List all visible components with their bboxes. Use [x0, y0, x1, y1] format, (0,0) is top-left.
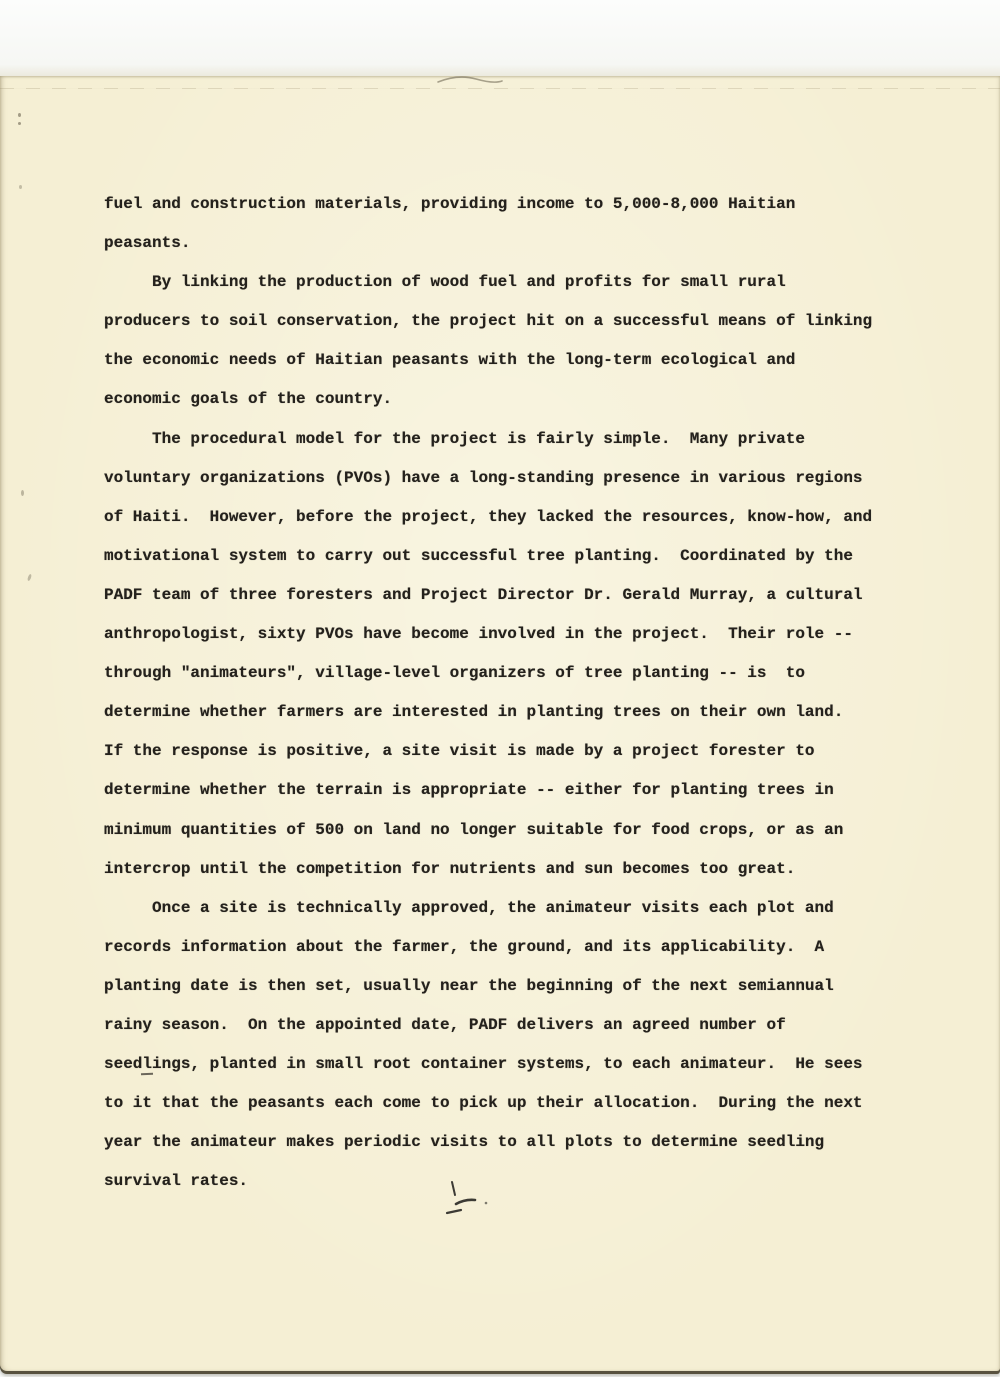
- text-line: determine whether the terrain is appropr…: [104, 771, 904, 810]
- typed-text-block: fuel and construction materials, providi…: [104, 185, 904, 1201]
- dash-under-seedlings-mark: [141, 1073, 153, 1075]
- text-line: economic goals of the country.: [104, 380, 904, 419]
- text-line: seedlings, planted in small root contain…: [104, 1045, 904, 1084]
- top-edge-squiggle-mark: [430, 68, 510, 88]
- text-line: The procedural model for the project is …: [104, 420, 904, 459]
- handwritten-pencil-mark: [438, 1176, 508, 1224]
- text-line: year the animateur makes periodic visits…: [104, 1123, 904, 1162]
- text-line: peasants.: [104, 224, 904, 263]
- text-line: the economic needs of Haitian peasants w…: [104, 341, 904, 380]
- scanner-background-strip: [0, 0, 1000, 76]
- text-line: minimum quantities of 500 on land no lon…: [104, 811, 904, 850]
- paper-crease-line: [0, 88, 1000, 89]
- text-line: records information about the farmer, th…: [104, 928, 904, 967]
- scanned-page: fuel and construction materials, providi…: [0, 0, 1000, 1377]
- text-line: motivational system to carry out success…: [104, 537, 904, 576]
- text-line: producers to soil conservation, the proj…: [104, 302, 904, 341]
- text-line: determine whether farmers are interested…: [104, 693, 904, 732]
- text-line: of Haiti. However, before the project, t…: [104, 498, 904, 537]
- text-line: By linking the production of wood fuel a…: [104, 263, 904, 302]
- text-line: to it that the peasants each come to pic…: [104, 1084, 904, 1123]
- text-line: PADF team of three foresters and Project…: [104, 576, 904, 615]
- text-line: through "animateurs", village-level orga…: [104, 654, 904, 693]
- text-line: intercrop until the competition for nutr…: [104, 850, 904, 889]
- text-line: If the response is positive, a site visi…: [104, 732, 904, 771]
- margin-speck: [18, 122, 21, 125]
- text-line: Once a site is technically approved, the…: [104, 889, 904, 928]
- text-line: fuel and construction materials, providi…: [104, 185, 904, 224]
- margin-speck: [18, 113, 21, 117]
- margin-speck: [21, 490, 24, 496]
- text-line: anthropologist, sixty PVOs have become i…: [104, 615, 904, 654]
- text-line: planting date is then set, usually near …: [104, 967, 904, 1006]
- text-line: rainy season. On the appointed date, PAD…: [104, 1006, 904, 1045]
- text-line: voluntary organizations (PVOs) have a lo…: [104, 459, 904, 498]
- margin-speck: [19, 185, 22, 189]
